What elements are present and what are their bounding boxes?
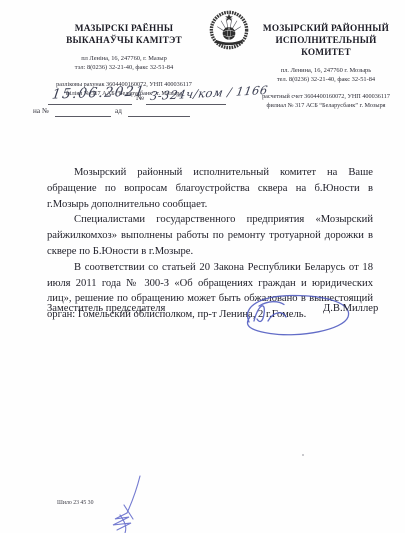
org-address-ru-line2: тел. 8(0236) 32-21-40, факс 32-51-84 [250,76,402,85]
executor-contact: Шило 23 45 30 [57,500,93,506]
body-paragraph-1: Мозырский районный исполнительный комите… [47,165,373,212]
reply-to-blank-line [55,116,111,117]
signer-name: Д.В.Миллер [323,303,378,314]
signature-ink-icon [237,291,359,341]
org-address-by: пл Леніна, 16, 247760, г. Мазыр тэл: 8(0… [34,55,214,72]
date-blank-line [48,104,132,105]
org-bank-ru: расчетный счет 3604400160072, УНП 400036… [250,93,402,110]
scan-speck [302,454,304,456]
org-title-ru-line2: ИСПОЛНИТЕЛЬНЫЙ КОМИТЕТ [250,35,402,59]
org-title-by: МАЗЫРСКІ РАЁННЫ ВЫКАНАЎЧЫ КАМІТЭТ [34,23,214,47]
reply-to-label: на № [33,107,49,115]
org-address-ru: пл. Ленина, 16, 247760 г. Мозырь тел. 8(… [250,67,402,84]
org-address-by-line2: тэл: 8(0236) 32-21-40, факс 32-51-84 [34,64,214,73]
org-bank-ru-line1: расчетный счет 3604400160072, УНП 400036… [250,93,402,102]
ink-scribble-mark-icon [104,474,152,533]
signer-position-title: Заместитель председателя [47,303,165,314]
org-title-by-line1: МАЗЫРСКІ РАЁННЫ [34,23,214,35]
number-blank-line [146,104,226,105]
belarus-coat-of-arms-icon [208,9,250,51]
org-title-ru-line1: МОЗЫРСКИЙ РАЙОННЫЙ [250,23,402,35]
org-title-by-line2: ВЫКАНАЎЧЫ КАМІТЭТ [34,35,214,47]
body-paragraph-2: Специалистами государственного предприят… [47,212,373,259]
org-address-by-line1: пл Леніна, 16, 247760, г. Мазыр [34,55,214,64]
handwritten-date: 15.06.2021 [51,83,147,102]
number-sign-label: № [136,92,144,102]
org-bank-ru-line2: филиал № 317 АСБ “Беларусбанк” г. Мозыря [250,102,402,111]
letterhead-right: МОЗЫРСКИЙ РАЙОННЫЙ ИСПОЛНИТЕЛЬНЫЙ КОМИТЕ… [250,23,402,110]
org-address-ru-line1: пл. Ленина, 16, 247760 г. Мозырь [250,67,402,76]
org-title-ru: МОЗЫРСКИЙ РАЙОННЫЙ ИСПОЛНИТЕЛЬНЫЙ КОМИТЕ… [250,23,402,59]
from-date-blank-line [128,116,190,117]
scanned-letter-page: МАЗЫРСКІ РАЁННЫ ВЫКАНАЎЧЫ КАМІТЭТ пл Лен… [0,0,405,533]
from-date-label: ад [115,107,122,115]
